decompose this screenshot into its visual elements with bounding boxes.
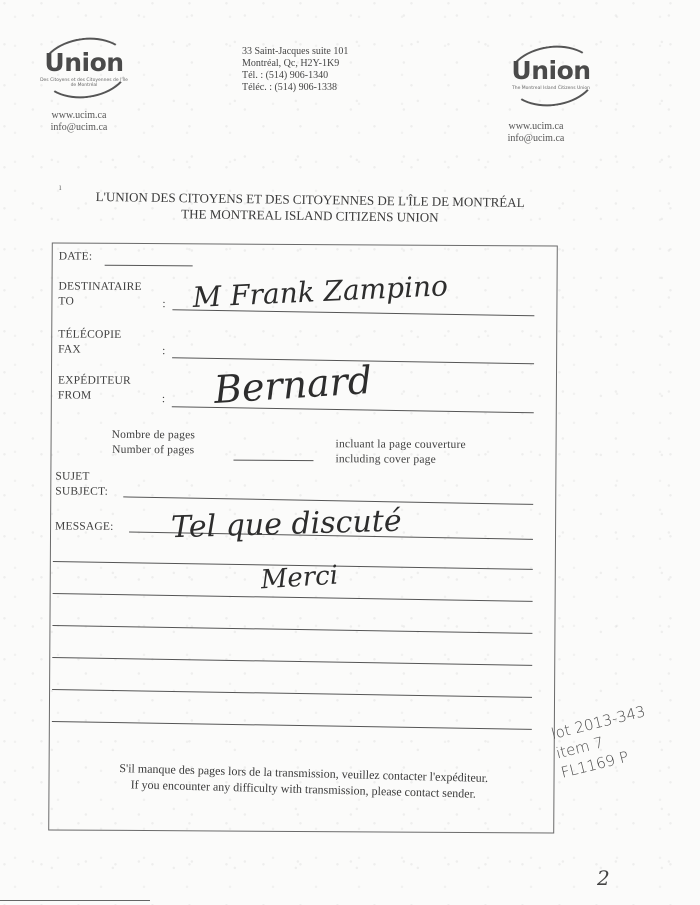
from-label-fr: EXPÉDITEUR: [58, 374, 131, 389]
from-label: EXPÉDITEUR FROM: [58, 374, 131, 404]
fax-label: TÉLÉCOPIE FAX: [58, 328, 121, 358]
pages-label: Nombre de pages Number of pages: [111, 428, 195, 459]
subject-label-fr: SUJET: [55, 469, 108, 484]
union-logo-right: Union The Montreal Island Citizens Union: [505, 44, 597, 106]
fax-label-en: FAX: [58, 343, 121, 358]
pages-note: incluant la page couverture including co…: [335, 437, 465, 468]
subject-field[interactable]: [123, 496, 533, 505]
contact-left: www.ucim.ca info@ucim.ca: [44, 110, 114, 134]
fax-label-fr: TÉLÉCOPIE: [58, 328, 121, 343]
message-label: MESSAGE:: [55, 519, 114, 534]
logo-word: Union: [505, 56, 597, 85]
pages-label-fr: Nombre de pages: [112, 428, 196, 444]
address-street: 33 Saint-Jacques suite 101: [242, 46, 348, 58]
fax-cover-form: DATE: DESTINATAIRE TO : M Frank Zampino …: [48, 242, 558, 833]
message-line-3[interactable]: [53, 593, 533, 602]
message-line-7[interactable]: [52, 721, 532, 730]
email-link[interactable]: info@ucim.ca: [486, 133, 586, 145]
pages-field[interactable]: [233, 460, 313, 461]
logo-tagline: The Montreal Island Citizens Union: [505, 86, 597, 91]
address-block: 33 Saint-Jacques suite 101 Montréal, Qc,…: [242, 46, 348, 94]
email-link[interactable]: info@ucim.ca: [44, 122, 114, 134]
pages-label-en: Number of pages: [111, 443, 195, 459]
handwritten-annotation: lot 2013-343 item 7 FL1169 P: [549, 701, 657, 782]
subject-label: SUJET SUBJECT:: [55, 469, 108, 499]
message-handwritten-line-2: Merci: [260, 561, 339, 596]
contact-right: www.ucim.ca info@ucim.ca: [486, 121, 586, 145]
date-label: DATE:: [59, 250, 93, 265]
fax-colon: :: [162, 344, 165, 359]
address-fax: Téléc. : (514) 906-1338: [242, 82, 348, 94]
date-field[interactable]: [105, 265, 193, 267]
message-line-6[interactable]: [52, 689, 532, 698]
org-title: L'UNION DES CITOYENS ET DES CITOYENNES D…: [60, 189, 560, 228]
logo-word: Union: [38, 48, 130, 77]
from-handwritten-value: Bernard: [213, 358, 374, 412]
message-line-4[interactable]: [52, 625, 532, 634]
message-line-5[interactable]: [52, 657, 532, 666]
from-label-en: FROM: [58, 389, 131, 404]
from-colon: :: [162, 392, 165, 407]
to-handwritten-value: M Frank Zampino: [192, 269, 449, 314]
website-link[interactable]: www.ucim.ca: [486, 121, 586, 133]
address-city: Montréal, Qc, H2Y-1K9: [242, 58, 348, 70]
pages-note-fr: incluant la page couverture: [336, 437, 466, 453]
pages-note-en: including cover page: [335, 452, 465, 468]
to-colon: :: [162, 297, 165, 312]
message-handwritten-line-1: Tel que discuté: [171, 504, 402, 546]
union-logo-left: Union Des Citoyens et des Citoyennes de …: [38, 36, 130, 98]
logo-tagline: Des Citoyens et des Citoyennes de l'Île …: [38, 78, 130, 88]
to-label-en: TO: [58, 295, 141, 311]
subject-label-en: SUBJECT:: [55, 484, 108, 499]
to-label: DESTINATAIRE TO: [58, 280, 141, 311]
website-link[interactable]: www.ucim.ca: [44, 110, 114, 122]
address-tel: Tél. : (514) 906-1340: [242, 70, 348, 82]
page-number: 2: [597, 866, 610, 890]
bottom-rule: [0, 900, 150, 901]
transmission-notice: S'il manque des pages lors de la transmi…: [63, 759, 544, 804]
to-label-fr: DESTINATAIRE: [58, 280, 141, 296]
